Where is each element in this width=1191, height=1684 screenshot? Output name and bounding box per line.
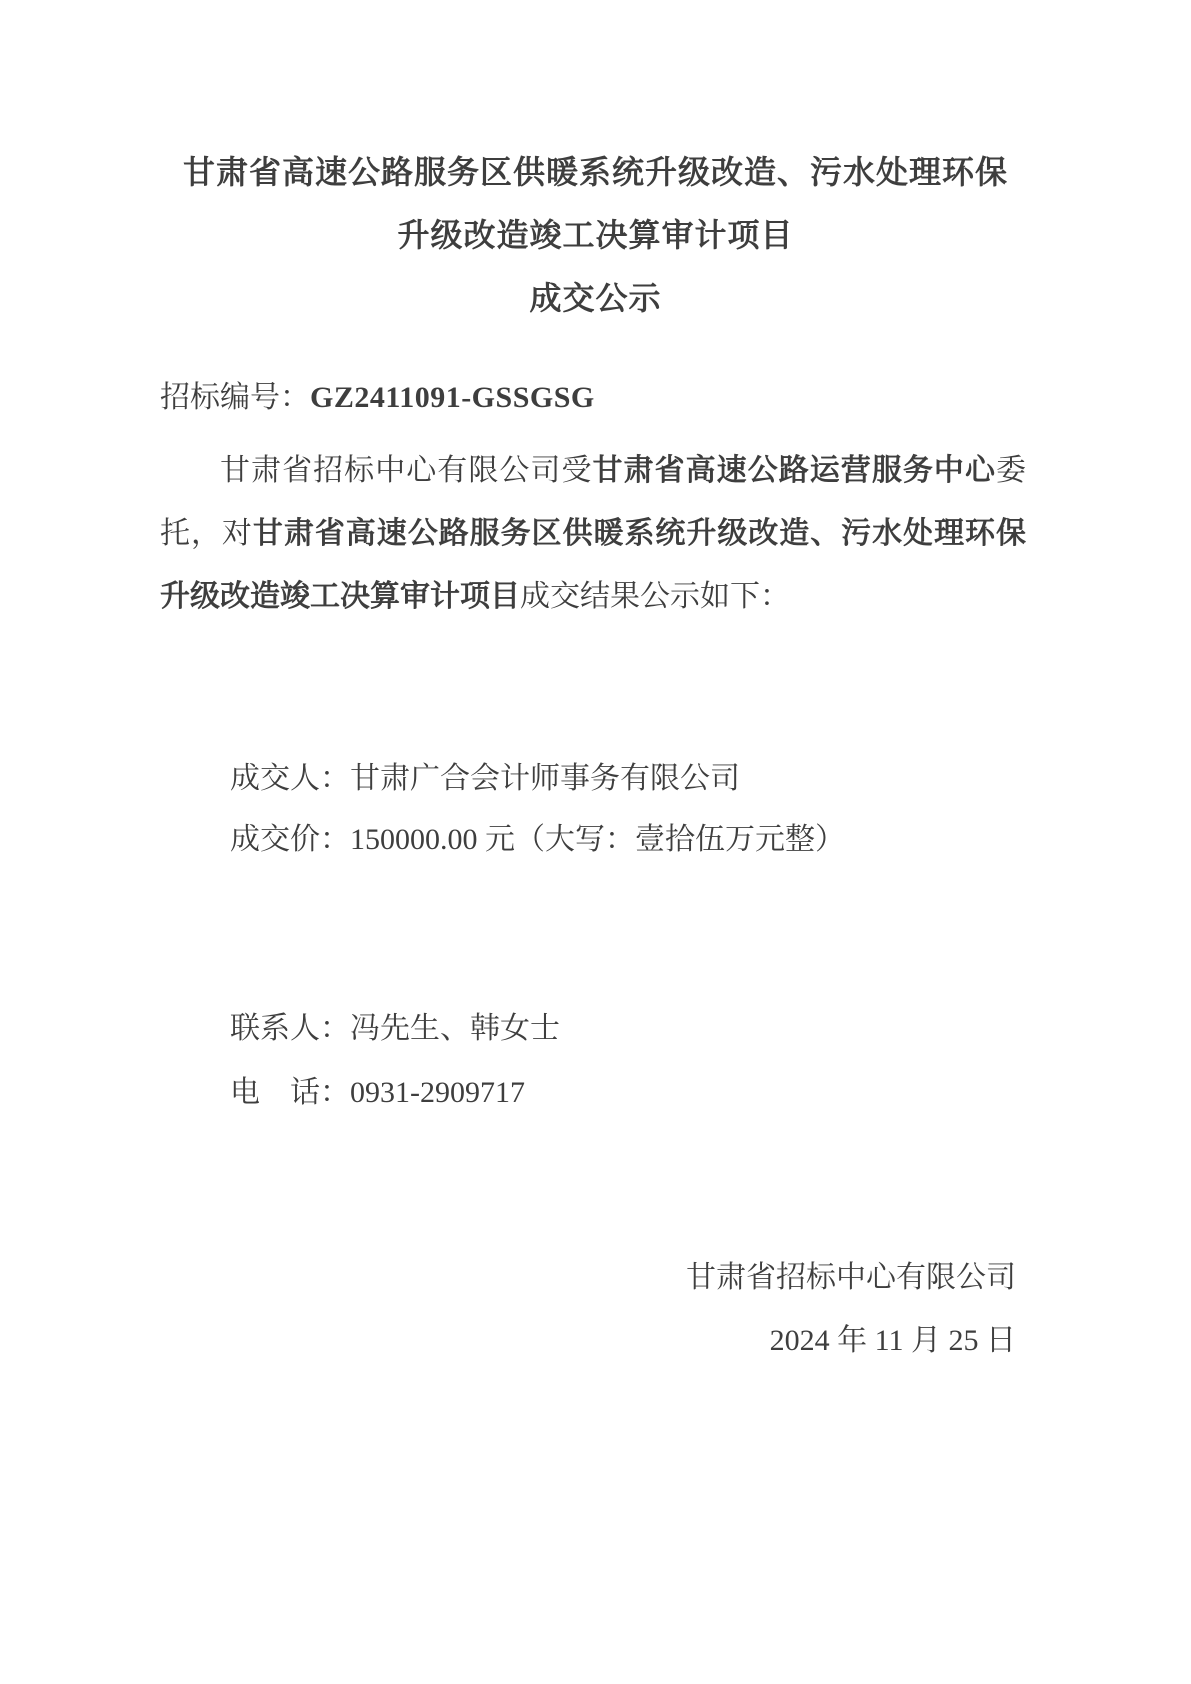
winner-value: 甘肃广合会计师事务有限公司: [350, 762, 740, 795]
contact-row: 联系人：冯先生、韩女士: [230, 1010, 560, 1048]
bid-number-value: GZ2411091-GSSGSG: [310, 381, 595, 414]
document-title-line-3: 成交公示: [0, 267, 1191, 330]
contact-value: 冯先生、韩女士: [350, 1012, 560, 1045]
phone-label: 电 话：: [230, 1076, 350, 1109]
contact-label: 联系人：: [230, 1012, 350, 1045]
document-title: 甘肃省高速公路服务区供暖系统升级改造、污水处理环保 升级改造竣工决算审计项目 成…: [0, 141, 1191, 330]
paragraph-segment: 成交结果公示如下：: [520, 580, 790, 613]
footer-date: 2024 年 11 月 25 日: [770, 1322, 1016, 1360]
price-row: 成交价：150000.00 元（大写：壹拾伍万元整）: [230, 821, 845, 859]
winner-row: 成交人：甘肃广合会计师事务有限公司: [230, 760, 740, 798]
paragraph-segment: 甘肃省招标中心有限公司受: [220, 454, 592, 487]
bid-number-label: 招标编号：: [160, 381, 310, 414]
paragraph-segment-bold: 甘肃省高速公路运营服务中心: [592, 454, 996, 487]
document-title-line-1: 甘肃省高速公路服务区供暖系统升级改造、污水处理环保: [0, 141, 1191, 204]
footer-company-name: 甘肃省招标中心有限公司: [686, 1259, 1016, 1297]
price-label: 成交价：: [230, 823, 350, 856]
phone-value: 0931-2909717: [350, 1076, 525, 1109]
price-value: 150000.00 元（大写：壹拾伍万元整）: [350, 823, 845, 856]
bid-number-row: 招标编号：GZ2411091-GSSGSG: [160, 379, 595, 417]
phone-row: 电 话：0931-2909717: [230, 1074, 525, 1112]
announcement-paragraph: 甘肃省招标中心有限公司受甘肃省高速公路运营服务中心委托，对甘肃省高速公路服务区供…: [160, 439, 1026, 628]
document-page: 甘肃省高速公路服务区供暖系统升级改造、污水处理环保 升级改造竣工决算审计项目 成…: [0, 0, 1191, 1684]
winner-label: 成交人：: [230, 762, 350, 795]
document-title-line-2: 升级改造竣工决算审计项目: [0, 204, 1191, 267]
